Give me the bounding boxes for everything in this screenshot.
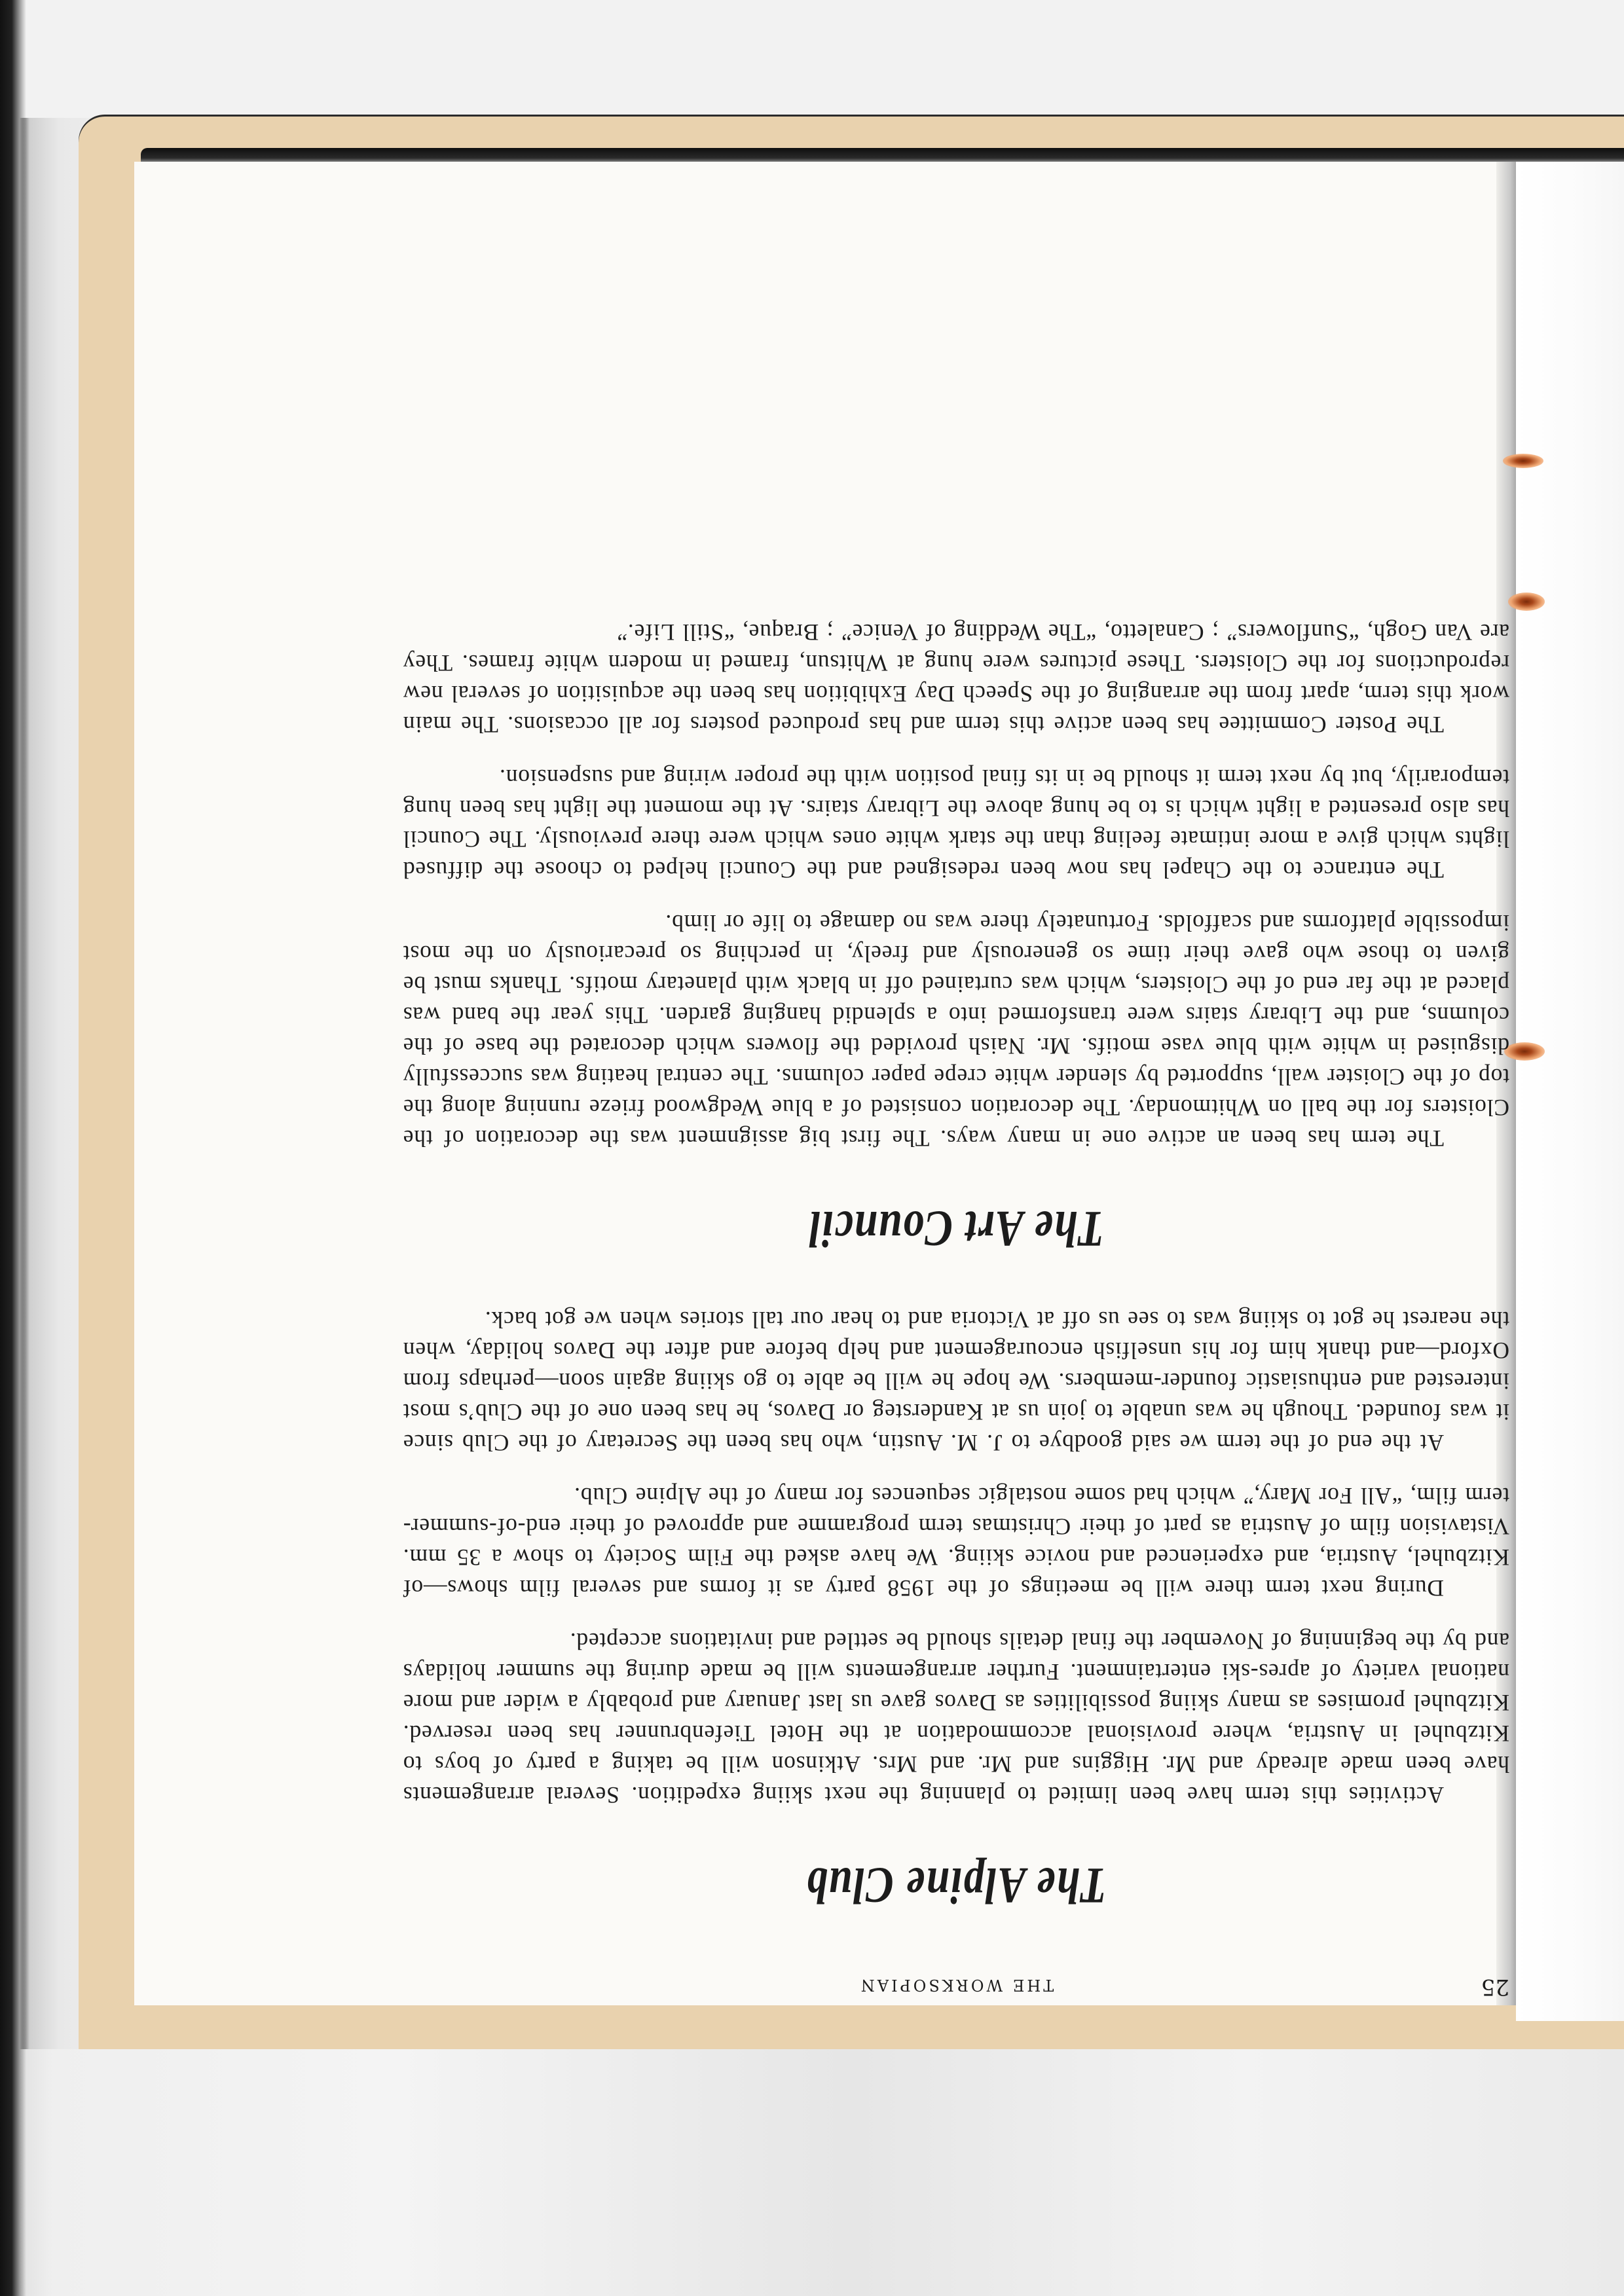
scanner-background-top	[0, 0, 1624, 118]
book-spine-shadow	[141, 148, 1624, 162]
section-art-council: The Art Council The term has been an act…	[403, 617, 1509, 1258]
paragraph: The term has been an active one in many …	[403, 907, 1509, 1154]
rust-stain	[1508, 592, 1545, 611]
scanner-background-bottom	[0, 2049, 1624, 2296]
paragraph: Activities this term have been limited t…	[403, 1626, 1509, 1810]
paragraph: During next term there will be meetings …	[403, 1480, 1509, 1603]
facing-page-edge	[1516, 162, 1624, 2021]
page-content-rotated: 25 THE WORKSOPIAN 25 The Alpine Club Act…	[370, 390, 1509, 2000]
paragraph: The Poster Committee has been active thi…	[403, 617, 1509, 740]
section-alpine-club: The Alpine Club Activities this term hav…	[403, 1304, 1509, 1915]
paragraph: The entrance to the Chapel has now been …	[403, 762, 1509, 885]
paragraph: At the end of the term we said goodbye t…	[403, 1304, 1509, 1458]
rust-stain	[1504, 1042, 1545, 1061]
page-number: 25	[1481, 1974, 1509, 2000]
scanner-edge-shadow	[0, 0, 26, 2296]
section-title: The Art Council	[502, 1199, 1410, 1258]
publication-title: THE WORKSOPIAN	[431, 1976, 1481, 1994]
running-head: 25 THE WORKSOPIAN 25	[403, 1961, 1509, 2000]
section-title: The Alpine Club	[502, 1856, 1410, 1915]
